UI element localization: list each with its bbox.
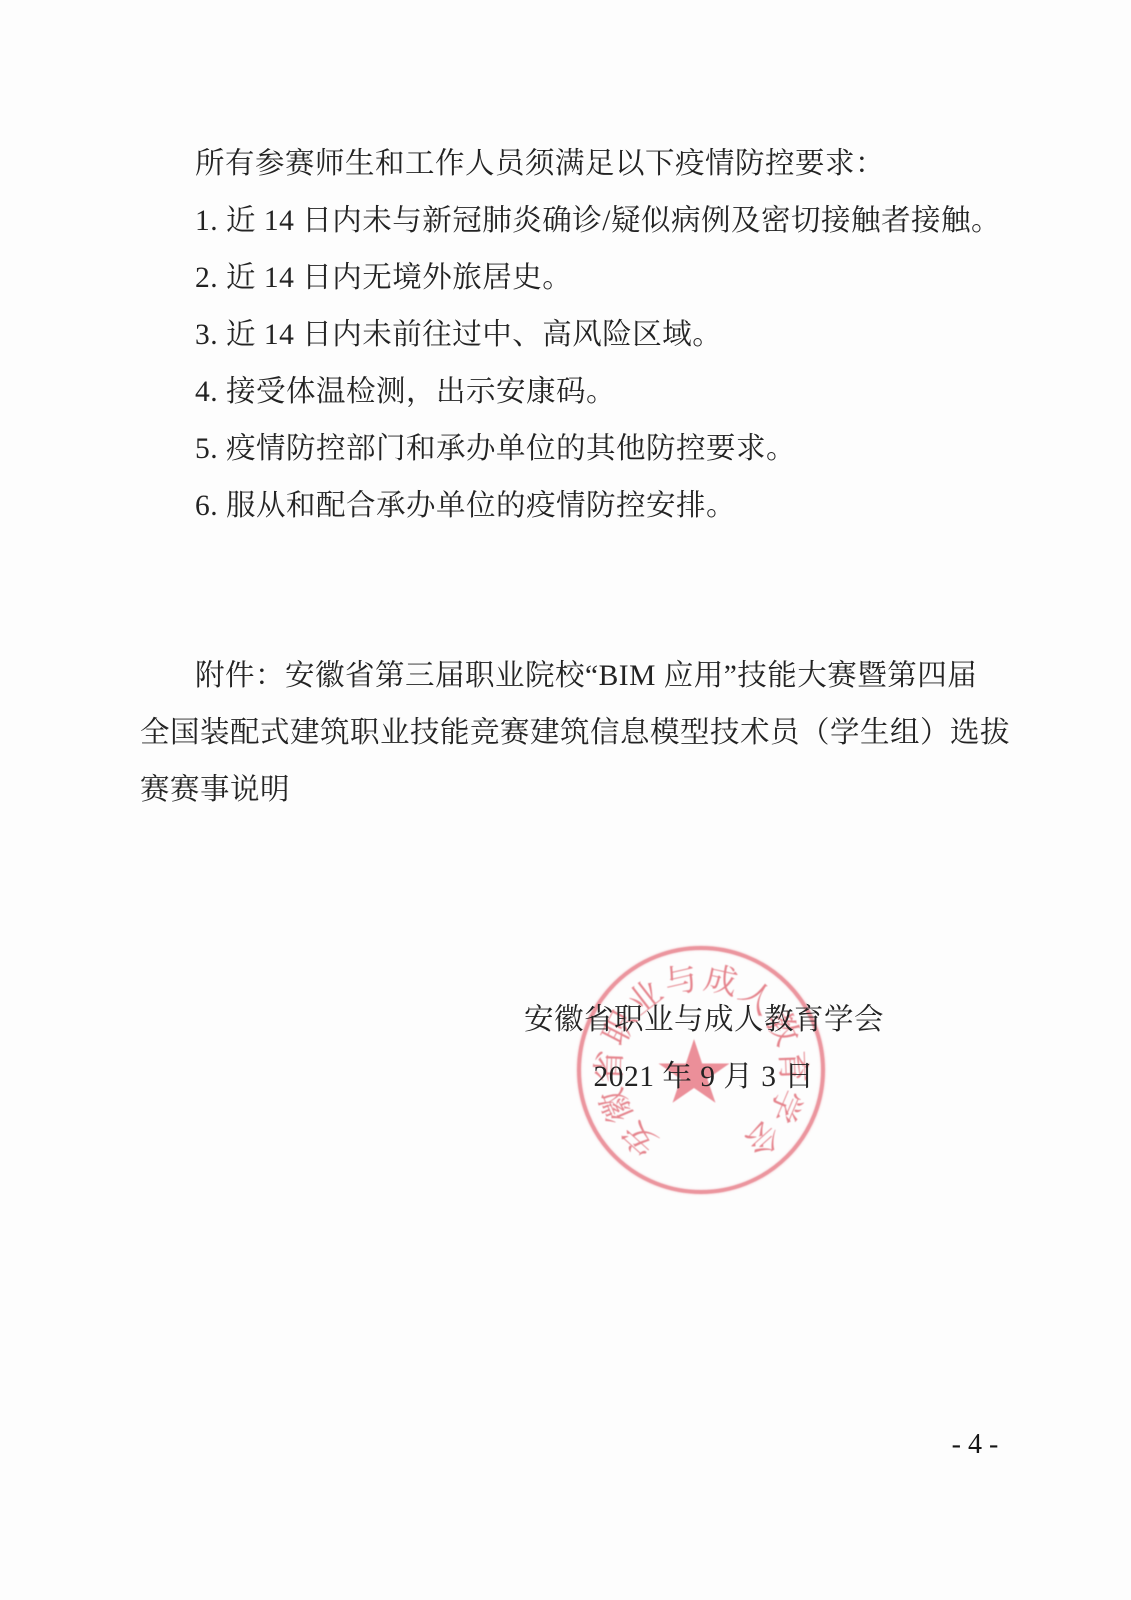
seal-ring-char: 安 [617, 1114, 664, 1161]
attachment-line: 全国装配式建筑职业技能竞赛建筑信息模型技术员（学生组）选拔 [140, 705, 991, 762]
signature-organization: 安徽省职业与成人教育学会 [354, 992, 1054, 1049]
requirement-item: 4. 接受体温检测，出示安康码。 [140, 364, 991, 421]
attachment-section: 附件：安徽省第三届职业院校“BIM 应用”技能大赛暨第四届 全国装配式建筑职业技… [140, 648, 991, 819]
attachment-line: 赛赛事说明 [140, 762, 991, 819]
document-page: 所有参赛师生和工作人员须满足以下疫情防控要求： 1. 近 14 日内未与新冠肺炎… [0, 0, 1131, 1600]
page-number: - 4 - [900, 1430, 1050, 1460]
requirement-item: 1. 近 14 日内未与新冠肺炎确诊/疑似病例及密切接触者接触。 [140, 193, 991, 250]
requirement-item: 5. 疫情防控部门和承办单位的其他防控要求。 [140, 421, 991, 478]
intro-paragraph: 所有参赛师生和工作人员须满足以下疫情防控要求： [140, 136, 991, 193]
requirement-item: 6. 服从和配合承办单位的疫情防控安排。 [140, 478, 991, 535]
signature-date: 2021 年 9 月 3 日 [354, 1049, 1054, 1106]
requirement-item: 3. 近 14 日内未前往过中、高风险区域。 [140, 307, 991, 364]
signature-block: 安徽省职业与成人教育学会 2021 年 9 月 3 日 [354, 992, 1054, 1106]
attachment-line: 附件：安徽省第三届职业院校“BIM 应用”技能大赛暨第四届 [140, 648, 991, 705]
requirements-section: 所有参赛师生和工作人员须满足以下疫情防控要求： 1. 近 14 日内未与新冠肺炎… [140, 136, 991, 535]
requirement-item: 2. 近 14 日内无境外旅居史。 [140, 250, 991, 307]
